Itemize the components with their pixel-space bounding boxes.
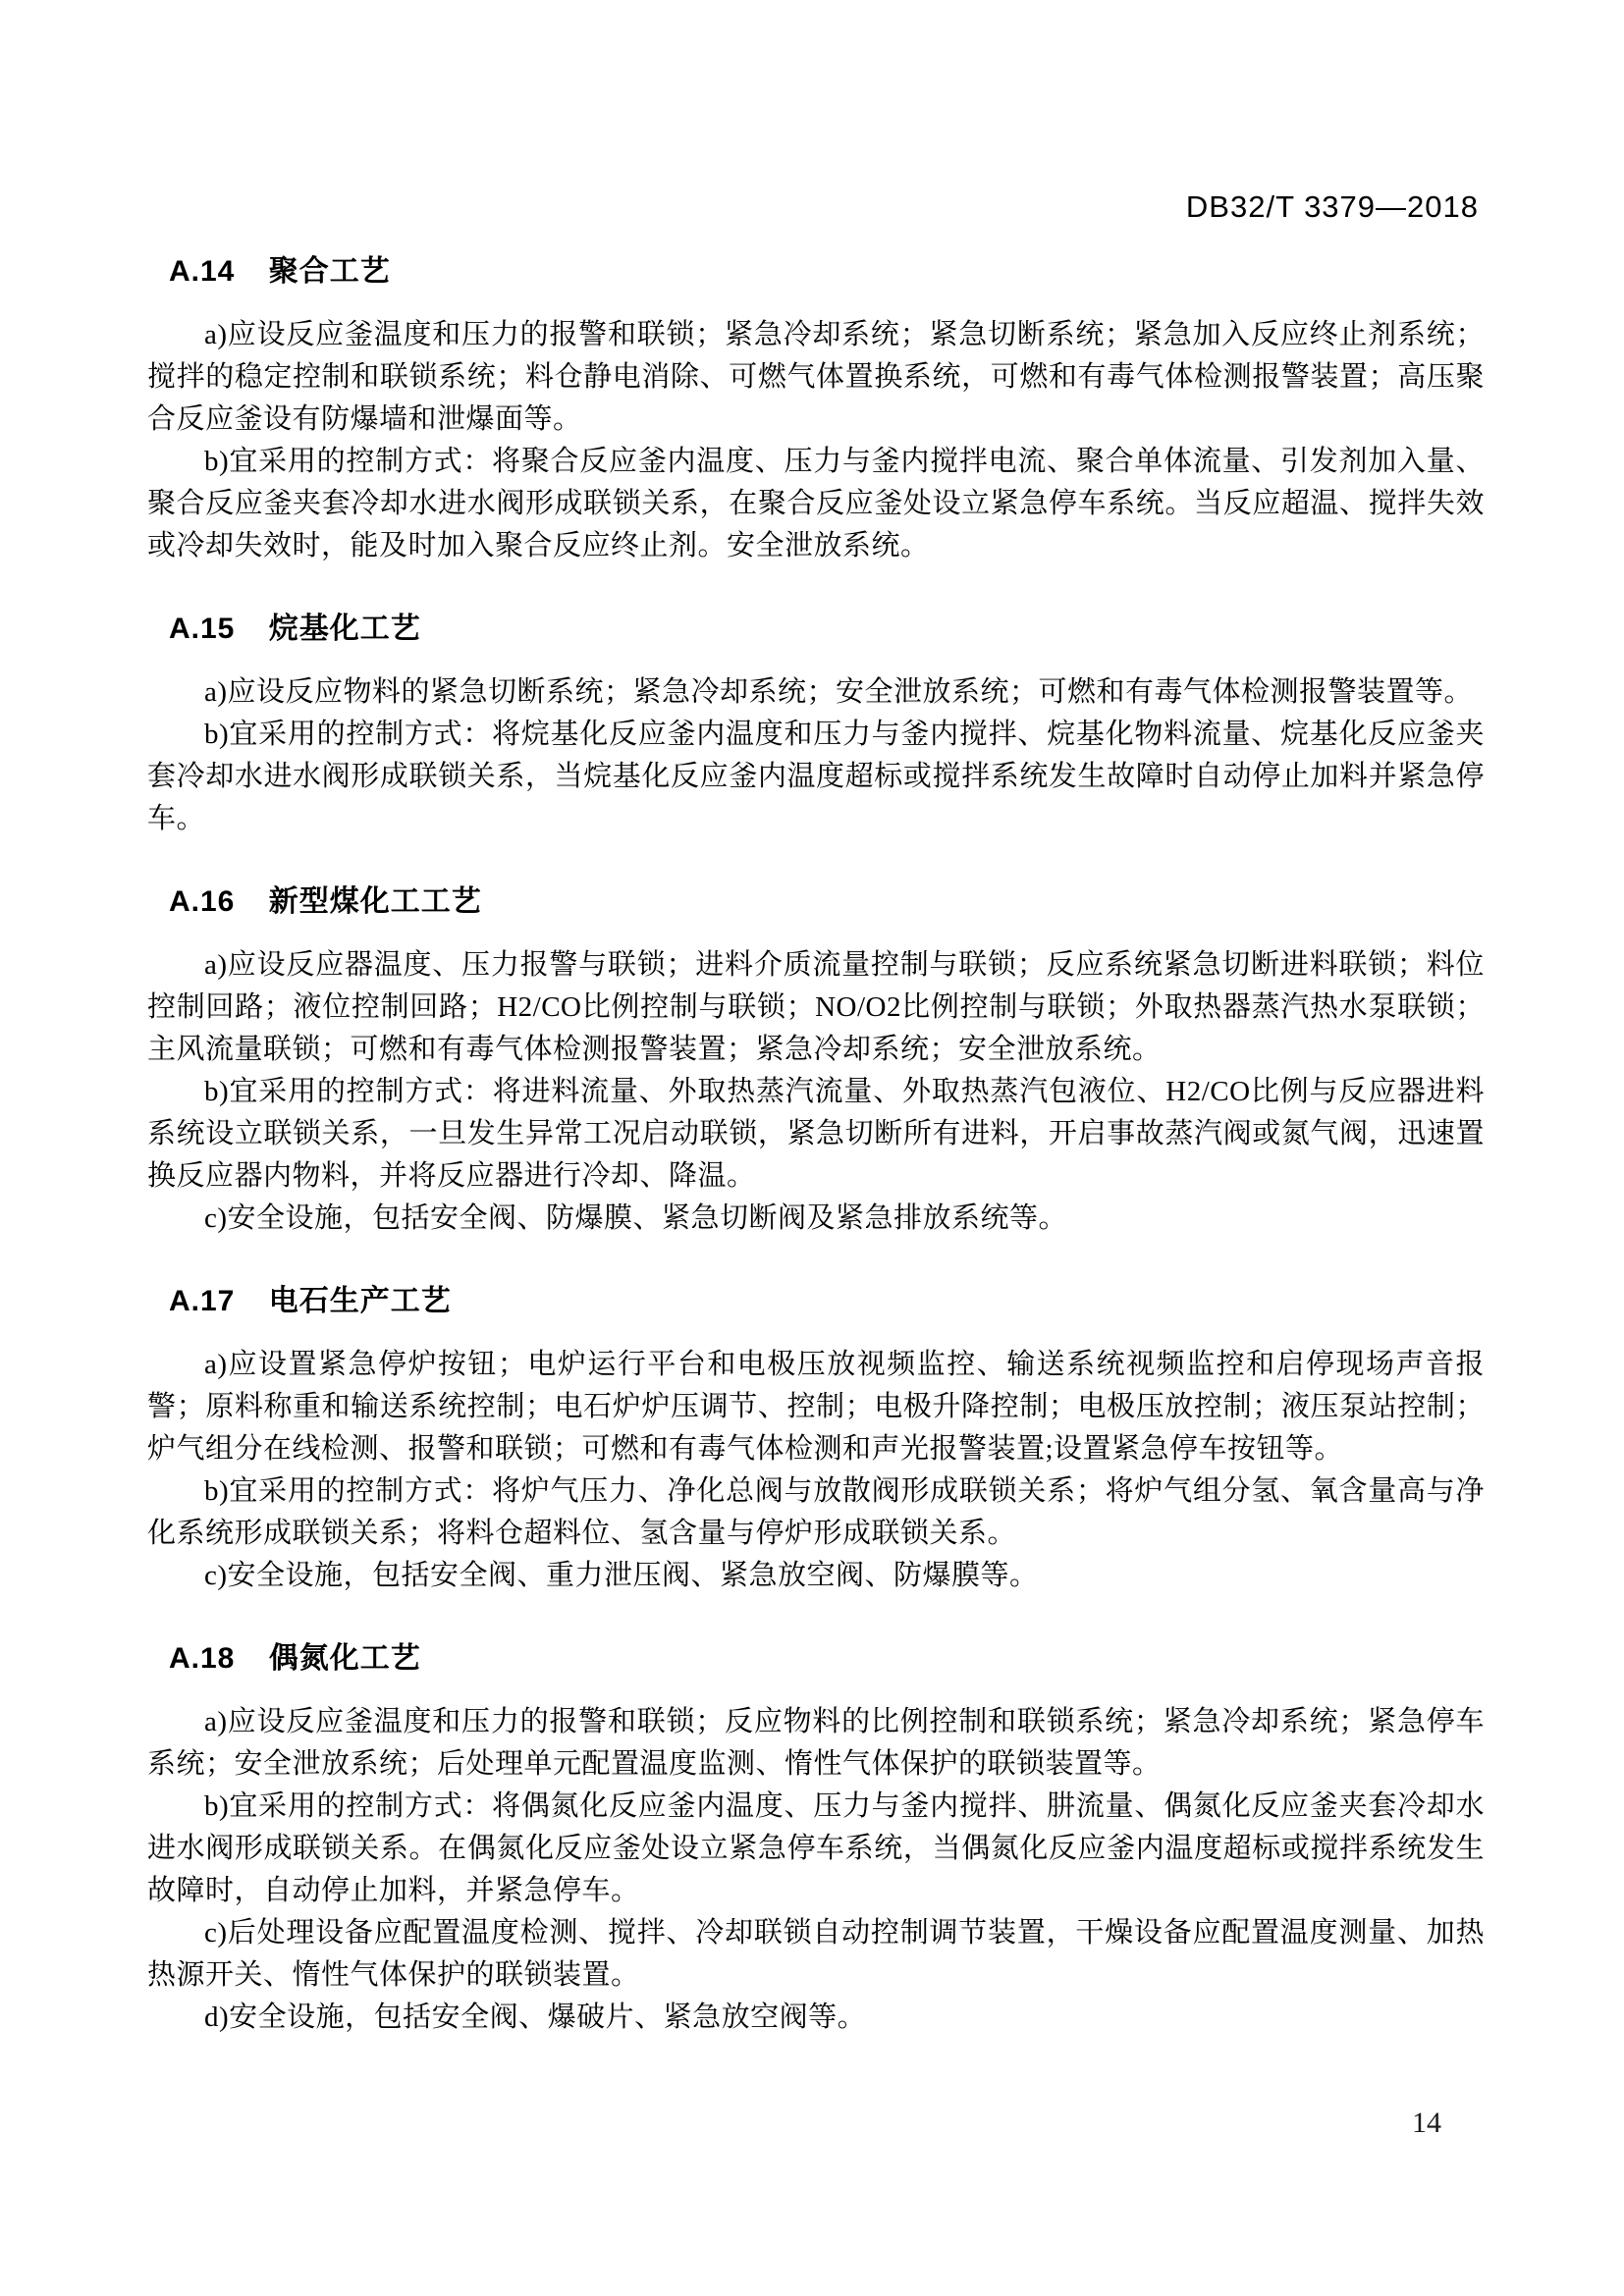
standard-number-header: DB32/T 3379—2018 [1186,189,1479,225]
standard-section: A.14 聚合工艺 a)应设反应釜温度和压力的报警和联锁；紧急冷却系统；紧急切断… [147,253,1485,567]
section-title: 电石生产工艺 [269,1285,452,1317]
section-paragraph: b)宜采用的控制方式：将偶氮化反应釜内温度、压力与釜内搅拌、肼流量、偶氮化反应釜… [147,1786,1485,1912]
standard-section: A.18 偶氮化工艺 a)应设反应釜温度和压力的报警和联锁；反应物料的比例控制和… [147,1640,1485,2039]
section-paragraph: a)应设置紧急停炉按钮；电炉运行平台和电极压放视频监控、输送系统视频监控和启停现… [147,1344,1485,1470]
document-page: DB32/T 3379—2018 A.14 聚合工艺 a)应设反应釜温度和压力的… [0,0,1624,2296]
section-paragraph: a)应设反应器温度、压力报警与联锁；进料介质流量控制与联锁；反应系统紧急切断进料… [147,944,1485,1071]
section-title: 聚合工艺 [269,255,391,288]
section-number: A.16 [169,885,235,918]
standard-section: A.17 电石生产工艺 a)应设置紧急停炉按钮；电炉运行平台和电极压放视频监控、… [147,1283,1485,1597]
section-paragraph: a)应设反应釜温度和压力的报警和联锁；反应物料的比例控制和联锁系统；紧急冷却系统… [147,1701,1485,1786]
standard-section: A.16 新型煤化工工艺 a)应设反应器温度、压力报警与联锁；进料介质流量控制与… [147,883,1485,1240]
section-number: A.15 [169,613,235,645]
section-paragraph: a)应设反应物料的紧急切断系统；紧急冷却系统；安全泄放系统；可燃和有毒气体检测报… [147,671,1485,714]
section-paragraph: d)安全设施，包括安全阀、爆破片、紧急放空阀等。 [147,1997,1485,2039]
page-number: 14 [1412,2107,1441,2140]
section-number: A.18 [169,1642,235,1675]
section-title: 偶氮化工艺 [269,1642,421,1675]
section-paragraph: c)安全设施，包括安全阀、防爆膜、紧急切断阀及紧急排放系统等。 [147,1198,1485,1240]
section-heading: A.15 烷基化工艺 [169,611,1485,648]
section-paragraph: b)宜采用的控制方式：将烷基化反应釜内温度和压力与釜内搅拌、烷基化物料流量、烷基… [147,714,1485,840]
section-heading: A.18 偶氮化工艺 [169,1640,1485,1678]
section-heading: A.16 新型煤化工工艺 [169,883,1485,921]
section-paragraph: c)后处理设备应配置温度检测、搅拌、冷却联锁自动控制调节装置，干燥设备应配置温度… [147,1912,1485,1997]
section-number: A.17 [169,1285,235,1317]
section-paragraph: b)宜采用的控制方式：将炉气压力、净化总阀与放散阀形成联锁关系；将炉气组分氢、氧… [147,1470,1485,1555]
document-content: A.14 聚合工艺 a)应设反应釜温度和压力的报警和联锁；紧急冷却系统；紧急切断… [147,253,1485,2039]
section-paragraph: c)安全设施，包括安全阀、重力泄压阀、紧急放空阀、防爆膜等。 [147,1555,1485,1597]
standard-section: A.15 烷基化工艺 a)应设反应物料的紧急切断系统；紧急冷却系统；安全泄放系统… [147,611,1485,840]
section-title: 烷基化工艺 [269,613,421,645]
section-paragraph: a)应设反应釜温度和压力的报警和联锁；紧急冷却系统；紧急切断系统；紧急加入反应终… [147,314,1485,441]
section-title: 新型煤化工工艺 [269,885,482,918]
section-number: A.14 [169,255,235,288]
section-paragraph: b)宜采用的控制方式：将进料流量、外取热蒸汽流量、外取热蒸汽包液位、H2/CO比… [147,1071,1485,1198]
section-heading: A.17 电石生产工艺 [169,1283,1485,1320]
section-paragraph: b)宜采用的控制方式：将聚合反应釜内温度、压力与釜内搅拌电流、聚合单体流量、引发… [147,441,1485,567]
section-heading: A.14 聚合工艺 [169,253,1485,291]
